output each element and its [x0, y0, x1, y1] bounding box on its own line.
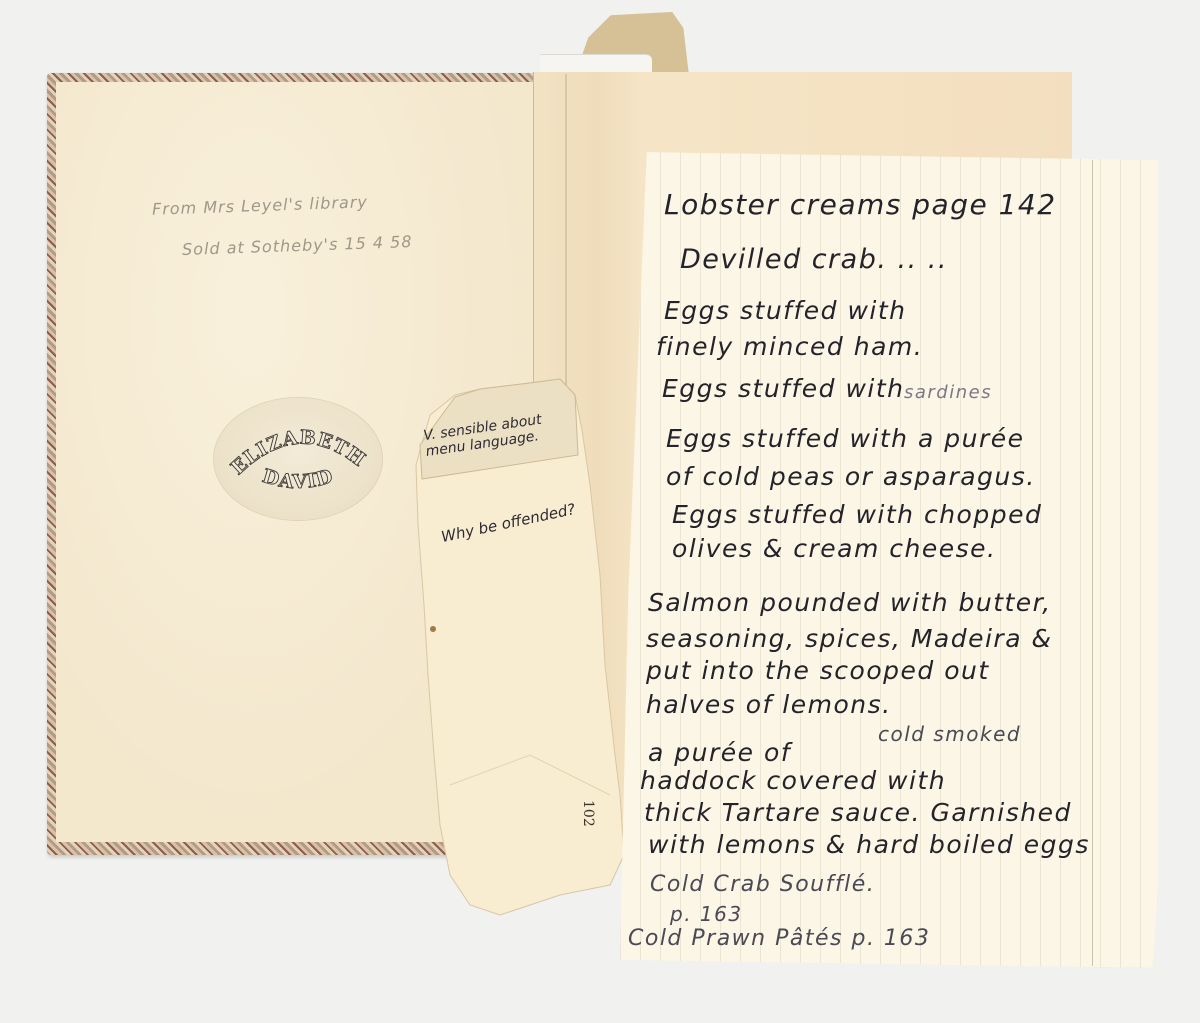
- recipe-line: Cold Prawn Pâtés p. 163: [628, 926, 930, 951]
- recipe-line: Eggs stuffed with: [664, 296, 907, 325]
- recipe-line: a purée of: [648, 738, 791, 767]
- recipe-line: Eggs stuffed with a purée: [666, 424, 1024, 453]
- svg-text:DAVID: DAVID: [260, 465, 336, 493]
- recipe-line-annotation: cold smoked: [878, 722, 1021, 746]
- recipe-line: finely minced ham.: [656, 332, 923, 361]
- recipe-line: of cold peas or asparagus.: [666, 462, 1036, 491]
- recipe-line: put into the scooped out: [646, 656, 990, 685]
- recipe-line: haddock covered with: [640, 766, 946, 795]
- recipe-line: Cold Crab Soufflé.: [650, 872, 875, 897]
- bookplate-line-2: DAVID: [260, 465, 336, 493]
- recipe-line: Devilled crab. .. ..: [680, 244, 948, 275]
- recipe-line: thick Tartare sauce. Garnished: [644, 798, 1072, 827]
- recipe-line-annotation: sardines: [904, 382, 992, 403]
- recipe-line: with lemons & hard boiled eggs: [648, 830, 1090, 859]
- recipe-line: Eggs stuffed with: [662, 374, 905, 403]
- bookplate-lettering: ELIZABETH DAVID: [214, 398, 382, 520]
- recipe-line: Lobster creams page 142: [664, 188, 1057, 221]
- recipe-line: olives & cream cheese.: [672, 534, 997, 563]
- printed-page-number: 102: [580, 800, 596, 827]
- ex-libris-bookplate: ELIZABETH DAVID: [214, 398, 382, 520]
- recipe-line: Eggs stuffed with chopped: [672, 500, 1042, 529]
- recipe-line: p. 163: [670, 902, 743, 926]
- recipe-line: halves of lemons.: [646, 690, 892, 719]
- recipe-line: seasoning, spices, Madeira &: [646, 624, 1052, 653]
- note-fold-line: [1092, 160, 1093, 966]
- recipe-line: Salmon pounded with butter,: [648, 588, 1052, 617]
